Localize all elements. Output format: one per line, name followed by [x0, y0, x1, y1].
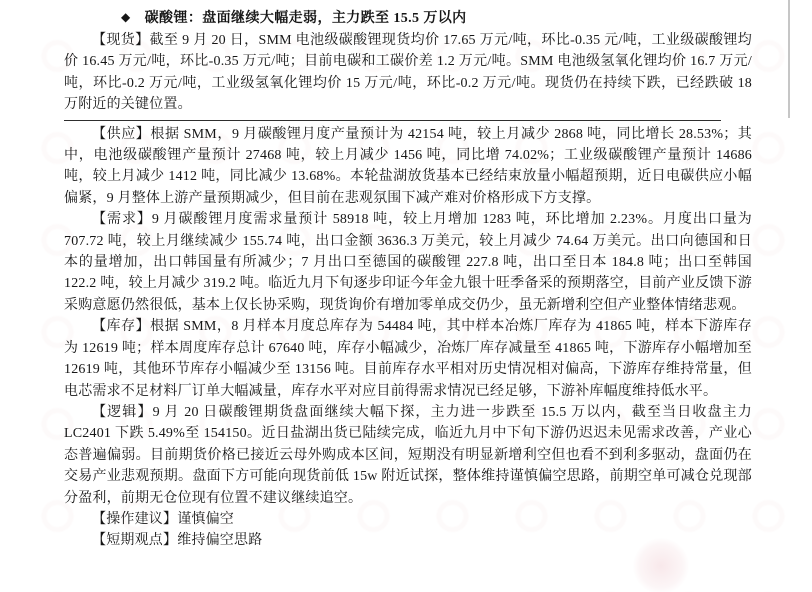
paragraph-inventory: 【库存】根据 SMM，8 月样本月度总库存为 54484 吨，其中样本冶炼厂库存… — [64, 316, 752, 402]
paragraph-spot: 【现货】截至 9 月 20 日，SMM 电池级碳酸锂现货均价 17.65 万元/… — [64, 30, 752, 116]
paragraph-demand: 【需求】9 月碳酸锂月度需求量预计 58918 吨，较上月增加 1283 吨，环… — [64, 209, 752, 316]
paragraph-supply: 【供应】根据 SMM，9 月碳酸锂月度产量预计为 42154 吨，较上月减少 2… — [64, 124, 752, 210]
diamond-bullet-icon: ◆ — [121, 7, 131, 28]
page-edge-line — [788, 0, 790, 118]
paragraph-advice: 【操作建议】谨慎偏空 — [64, 509, 752, 530]
paragraph-logic: 【逻辑】9 月 20 日碳酸锂期货盘面继续大幅下探，主力进一步跌至 15.5 万… — [64, 402, 752, 509]
paragraph-short-term-view: 【短期观点】维持偏空思路 — [64, 530, 752, 551]
section-title: ◆碳酸锂：盘面继续大幅走弱，主力跌至 15.5 万以内 — [64, 5, 752, 30]
report-body: ◆碳酸锂：盘面继续大幅走弱，主力跌至 15.5 万以内 【现货】截至 9 月 2… — [64, 5, 752, 552]
section-divider-line — [64, 120, 721, 121]
section-title-text: 碳酸锂：盘面继续大幅走弱，主力跌至 15.5 万以内 — [145, 11, 467, 26]
report-page: { "report": { "title_bullet": "◆", "titl… — [0, 0, 812, 592]
